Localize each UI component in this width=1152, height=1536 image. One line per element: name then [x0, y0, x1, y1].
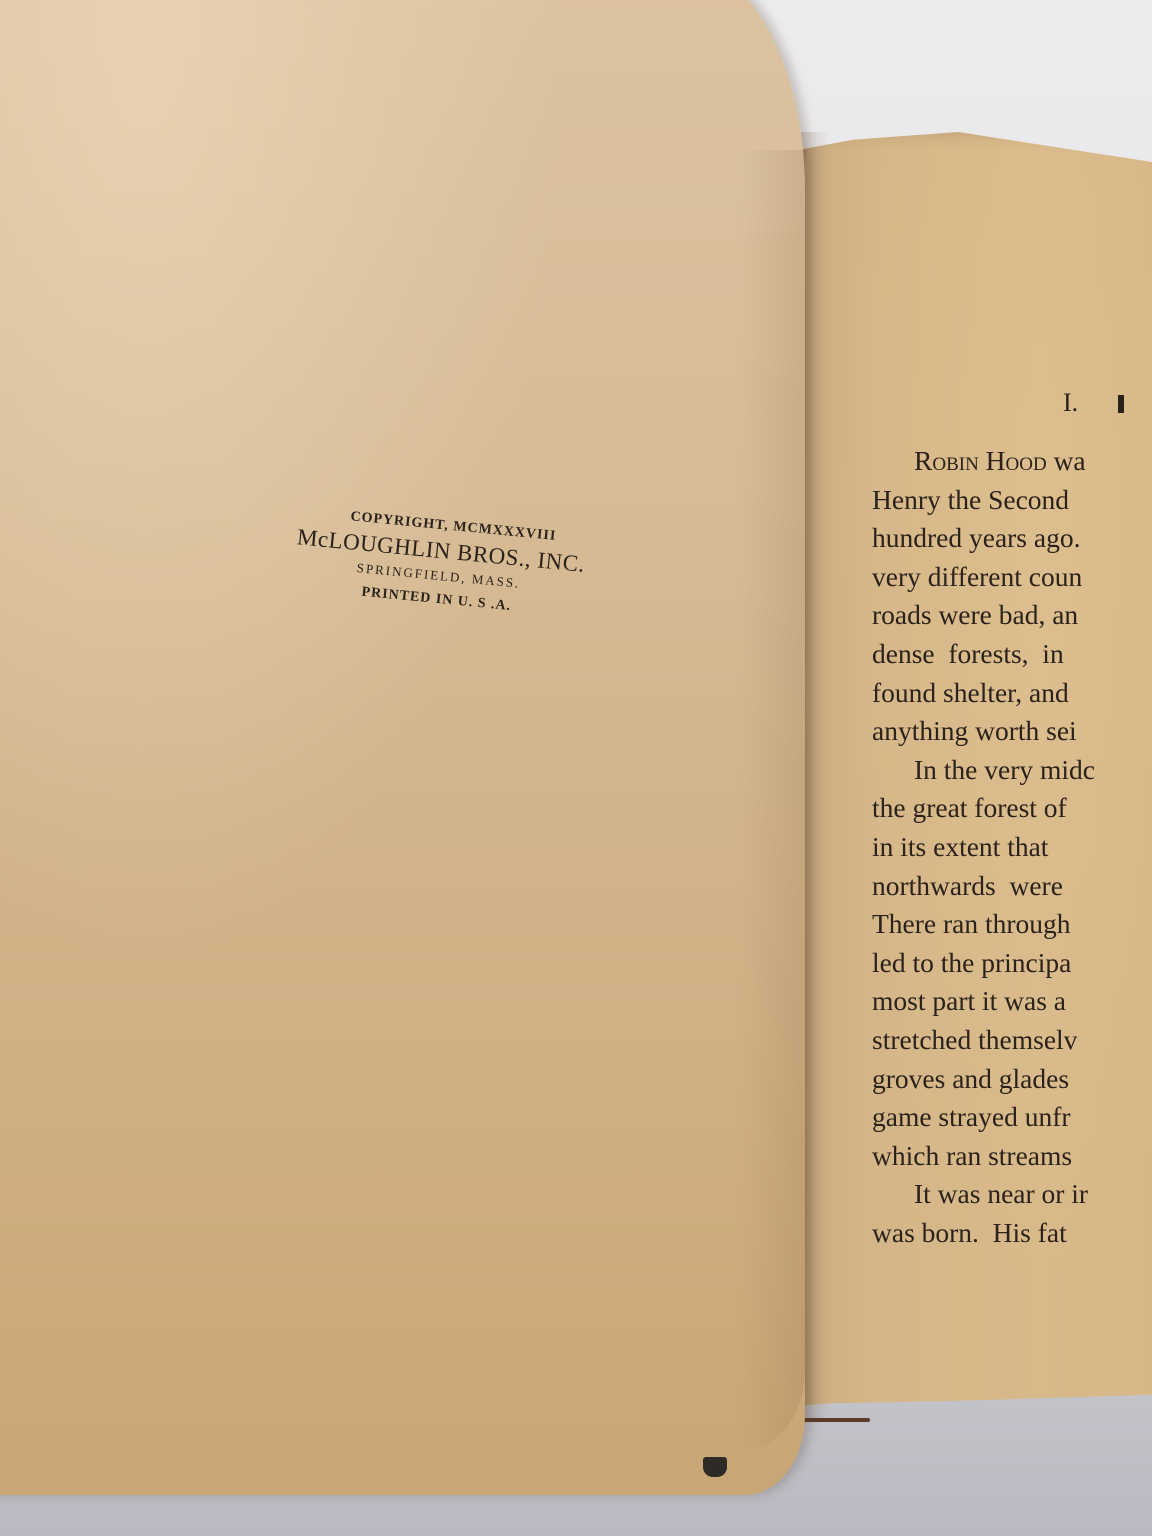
text-line: anything worth sei [872, 712, 1152, 751]
text-line: roads were bad, an [872, 596, 1152, 635]
left-page [0, 0, 805, 1495]
text-line: Henry the Second [872, 481, 1152, 520]
chapter-number: I. [1063, 388, 1078, 417]
text-line: in its extent that [872, 828, 1152, 867]
text-line: very different coun [872, 558, 1152, 597]
left-page-curl-shading [740, 150, 805, 1450]
text-line: game strayed unfr [872, 1098, 1152, 1137]
text-line: Robin Hood wa [872, 442, 1152, 481]
text-line: groves and glades [872, 1060, 1152, 1099]
text-line: It was near or ir [872, 1175, 1152, 1214]
right-page-body: Robin Hood wa Henry the Second hundred y… [872, 442, 1152, 1252]
photo-scene: I. Robin Hood wa Henry the Second hundre… [0, 0, 1152, 1536]
text-line: There ran through [872, 905, 1152, 944]
cover-corner [703, 1457, 727, 1477]
chapter-title-fragment [1118, 395, 1124, 413]
text-line: northwards were [872, 867, 1152, 906]
text-fragment: wa [1047, 445, 1086, 476]
text-line: found shelter, and [872, 674, 1152, 713]
text-line: led to the principa [872, 944, 1152, 983]
text-line: dense forests, in [872, 635, 1152, 674]
text-line: the great forest of [872, 789, 1152, 828]
text-line: stretched themselv [872, 1021, 1152, 1060]
text-line: In the very midc [872, 751, 1152, 790]
chapter-heading: I. [1063, 388, 1124, 418]
text-line: which ran streams [872, 1137, 1152, 1176]
text-line: most part it was a [872, 982, 1152, 1021]
smallcaps-name: Robin Hood [914, 445, 1047, 476]
text-line: hundred years ago. [872, 519, 1152, 558]
text-line: was born. His fat [872, 1214, 1152, 1253]
